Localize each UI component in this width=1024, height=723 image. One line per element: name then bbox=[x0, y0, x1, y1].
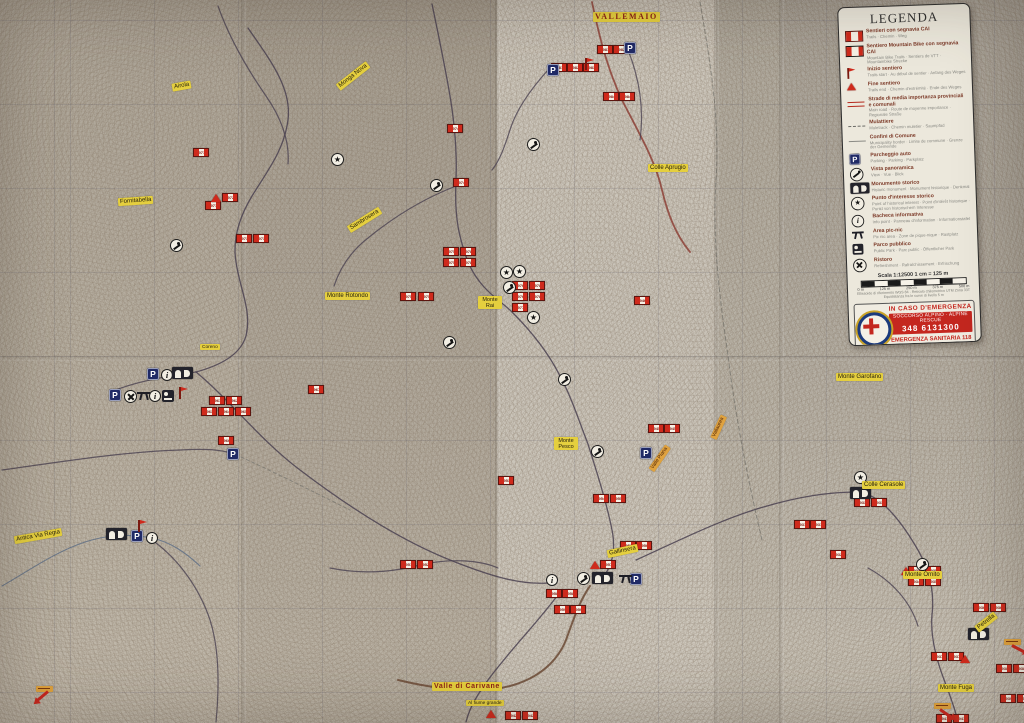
viewpoint-icon bbox=[170, 239, 183, 252]
legend-entry-text: Parco pubblicoPublic Park · Parc public … bbox=[873, 240, 972, 254]
cai-blaze-marker: 978 bbox=[460, 258, 476, 267]
viewpoint-icon bbox=[591, 445, 604, 458]
legend-list: Sentieri con segnavia CAITrails · Chemin… bbox=[844, 26, 973, 271]
historic-poi-star-icon: ★ bbox=[331, 153, 344, 166]
cai-blaze-marker: 971 bbox=[193, 148, 209, 157]
parking-icon: P bbox=[109, 389, 121, 401]
cai-blaze-marker: 942 bbox=[505, 711, 521, 720]
trail-path bbox=[152, 540, 218, 722]
legend-entry: Area pic-nicPic nic area · Zone de pique… bbox=[851, 226, 972, 242]
map-label: Valle di Carivane bbox=[432, 682, 502, 691]
trail-start-flag-icon bbox=[178, 387, 188, 399]
legend-entry: PParcheggio autoParking · Parking · Park… bbox=[848, 150, 969, 166]
cai-blaze-marker: 977 bbox=[512, 303, 528, 312]
muletrack-path bbox=[230, 452, 350, 510]
legend-entry-text: Confini di ComuneMunicipality border · L… bbox=[870, 132, 969, 151]
cai-blaze-marker: 975 bbox=[443, 247, 459, 256]
triangle-legend-icon bbox=[846, 82, 868, 95]
legend-entry: Inizio sentieroTrails start · Au début d… bbox=[845, 64, 966, 80]
info-point-icon: i bbox=[149, 390, 161, 402]
border-legend-icon bbox=[848, 135, 870, 148]
historic-poi-star-icon: ★ bbox=[513, 265, 526, 278]
rescue-phone: 348 6131300 bbox=[889, 322, 972, 334]
cai-blaze-marker: 951 bbox=[400, 560, 416, 569]
legend-entry: Confini di ComuneMunicipality border · L… bbox=[848, 132, 969, 151]
cai-blaze-marker: 974 bbox=[453, 178, 469, 187]
cai-blaze-marker: 942 bbox=[522, 711, 538, 720]
legend-entry: iBacheca informativaInfo point · Panneau… bbox=[850, 211, 971, 227]
info-point-icon: i bbox=[546, 574, 558, 586]
legend-entry-text: Bacheca informativaInfo point · Panneau … bbox=[872, 211, 971, 225]
fountain-legend-icon bbox=[851, 244, 873, 257]
cai-blaze-marker: 953 bbox=[498, 476, 514, 485]
legend-entry-text: RistoroRefreshment · Rafraîchissement · … bbox=[874, 255, 973, 269]
legend-entry: Parco pubblicoPublic Park · Parc public … bbox=[851, 240, 972, 256]
cai-blaze-marker: 932 bbox=[830, 550, 846, 559]
legend-title: LEGENDA bbox=[843, 8, 964, 28]
picnic-legend-icon bbox=[851, 229, 873, 242]
trail-path bbox=[218, 6, 288, 164]
legend-entry-text: Sentiero Mountain Bike con segnavia CAIM… bbox=[866, 41, 966, 66]
cai-blaze-marker: 933 bbox=[854, 498, 870, 507]
cai-blaze-marker: 958 bbox=[546, 589, 562, 598]
monument-icon bbox=[106, 528, 127, 540]
star-legend-icon: ★ bbox=[850, 197, 872, 210]
info-legend-icon: i bbox=[850, 215, 872, 228]
cai-blaze-marker: 966 bbox=[218, 436, 234, 445]
legend-entry-text: Monumento storicoHistoric monument · Mon… bbox=[871, 179, 970, 193]
map-label: Monte Pesco bbox=[554, 437, 578, 450]
blaze-mtb-legend-icon bbox=[844, 44, 866, 57]
viewpoint-icon bbox=[443, 336, 456, 349]
cai-blaze-marker: 945 bbox=[648, 424, 664, 433]
viewpoint-icon bbox=[503, 281, 516, 294]
trail-end-triangle-icon bbox=[486, 710, 496, 718]
ristoro-legend-icon bbox=[852, 258, 874, 271]
map-label: Coreno bbox=[200, 344, 220, 350]
legend-entry-text: Strade di media importanza provinciali e… bbox=[868, 93, 968, 118]
legend-entry-text: Inizio sentieroTrails start · Au début d… bbox=[867, 64, 966, 78]
cai-blaze-marker: 972 bbox=[222, 193, 238, 202]
trail-path bbox=[196, 372, 548, 583]
cai-blaze-marker: 931 bbox=[794, 520, 810, 529]
legend-entry: MulattiereMuletrack · Chemin muletier · … bbox=[847, 117, 968, 133]
cai-blaze-marker: 937 bbox=[931, 652, 947, 661]
trail-end-triangle-icon bbox=[590, 561, 600, 569]
cai-blaze-marker: 945 bbox=[664, 424, 680, 433]
legend-card: LEGENDA Sentieri con segnavia CAITrails … bbox=[837, 3, 982, 346]
emergency-box: Servizio Regionale Lazio IN CASO D'EMERG… bbox=[853, 300, 976, 347]
cai-blaze-marker: 971 bbox=[205, 201, 221, 210]
cai-blaze-marker: 973 bbox=[236, 234, 252, 243]
cai-blaze-marker: 982 bbox=[567, 63, 583, 72]
parking-icon: P bbox=[227, 448, 239, 460]
monument-icon bbox=[592, 572, 613, 584]
legend-entry: Vista panoramicaView · Vue · Blick bbox=[849, 164, 970, 180]
blaze-legend-icon bbox=[844, 29, 866, 42]
trail-start-flag-icon bbox=[137, 520, 147, 532]
trail-end-triangle-icon bbox=[960, 655, 970, 663]
trail-path bbox=[334, 186, 456, 286]
viewpoint-icon bbox=[430, 179, 443, 192]
refreshment-icon bbox=[124, 390, 137, 403]
road-path bbox=[398, 586, 590, 690]
viewpoint-icon bbox=[577, 572, 590, 585]
viewpoint-icon bbox=[527, 138, 540, 151]
cai-blaze-marker: 984 bbox=[603, 92, 619, 101]
cai-blaze-marker: 939 bbox=[1000, 694, 1016, 703]
public-park-icon bbox=[162, 390, 174, 402]
map-label: Monte Ornito bbox=[903, 571, 942, 579]
stream-path bbox=[2, 535, 200, 586]
cai-blaze-marker: 962 bbox=[226, 396, 242, 405]
map-label: VALLEMAIO bbox=[593, 12, 660, 22]
cai-blaze-marker: 936 bbox=[973, 603, 989, 612]
parking-icon: P bbox=[547, 64, 559, 76]
trail-start-flag-icon bbox=[584, 58, 594, 70]
cai-blaze-marker: 978 bbox=[529, 281, 545, 290]
cai-blaze-marker: 954 bbox=[593, 494, 609, 503]
cai-blaze-marker: 952 bbox=[417, 560, 433, 569]
legend-entry-text: Parcheggio autoParking · Parking · Parkp… bbox=[870, 150, 969, 164]
legend-entry: ★Punto d'interesse storicoPoint of histo… bbox=[850, 193, 971, 212]
cai-blaze-marker: 964 bbox=[218, 407, 234, 416]
legend-entry: Strade di media importanza provinciali e… bbox=[846, 93, 968, 118]
flag-legend-icon bbox=[845, 68, 867, 81]
cai-blaze-marker: 959 bbox=[554, 605, 570, 614]
cai-blaze-marker: 963 bbox=[201, 407, 217, 416]
cai-blaze-marker: 974 bbox=[447, 124, 463, 133]
health-emergency-label: EMERGENZA SANITARIA 118 bbox=[890, 335, 973, 344]
cai-blaze-marker: 939 bbox=[1017, 694, 1024, 703]
map-label: Monte Fuga bbox=[938, 684, 974, 692]
rescue-band: SOCCORSO ALPINO · ALPINE RESCUE 348 6131… bbox=[889, 311, 973, 335]
cai-blaze-marker: 961 bbox=[209, 396, 225, 405]
cai-blaze-marker: 976 bbox=[512, 292, 528, 301]
cai-blaze-marker: 978 bbox=[460, 247, 476, 256]
legend-entry-text: Fine sentieroTrails end · Chemin d'extré… bbox=[868, 79, 967, 93]
map-label: Al fiume grande bbox=[466, 700, 504, 706]
trail-path bbox=[196, 28, 288, 372]
trail-end-triangle-icon bbox=[211, 194, 221, 202]
parking-icon: P bbox=[640, 447, 652, 459]
legend-entry-text: MulattiereMuletrack · Chemin muletier · … bbox=[869, 117, 968, 131]
cai-blaze-marker: 958 bbox=[562, 589, 578, 598]
viewpoint-icon bbox=[916, 558, 929, 571]
cai-blaze-marker: 931 bbox=[810, 520, 826, 529]
parking-legend-icon: P bbox=[848, 153, 870, 166]
map-label: Colle Aprugio bbox=[648, 164, 688, 172]
route-tag-chip bbox=[934, 703, 951, 709]
map-label: Monte Rotondo bbox=[325, 292, 370, 300]
cai-blaze-marker: 984 bbox=[619, 92, 635, 101]
cai-blaze-marker: 946 bbox=[634, 296, 650, 305]
cai-blaze-marker: 933 bbox=[871, 498, 887, 507]
legend-entry-text: Punto d'interesse storicoPoint of histor… bbox=[872, 193, 971, 212]
map-label: Colle Cerasole bbox=[862, 481, 905, 489]
historic-poi-star-icon: ★ bbox=[527, 311, 540, 324]
map-photo: 9719719729739739749749759789759789769789… bbox=[0, 0, 1024, 723]
cai-blaze-marker: 967 bbox=[308, 385, 324, 394]
trail-path bbox=[432, 4, 614, 576]
legend-entry-text: Area pic-nicPic nic area · Zone de pique… bbox=[873, 226, 972, 240]
cai-blaze-marker: 975 bbox=[418, 292, 434, 301]
picnic-area-icon bbox=[619, 573, 632, 583]
cai-blaze-marker: 959 bbox=[570, 605, 586, 614]
parking-icon: P bbox=[624, 42, 636, 54]
scale-box: Scala 1:12500 1 cm = 125 m 0 m125 m250 m… bbox=[852, 269, 974, 300]
trail-path bbox=[2, 449, 227, 470]
municipality-border bbox=[700, 2, 762, 540]
trail-path bbox=[492, 70, 548, 170]
historic-poi-star-icon: ★ bbox=[500, 266, 513, 279]
legend-entry-text: Sentieri con segnavia CAITrails · Chemin… bbox=[866, 26, 965, 40]
legend-entry: Sentiero Mountain Bike con segnavia CAIM… bbox=[844, 41, 966, 66]
vista-legend-icon bbox=[849, 168, 871, 181]
cai-blaze-marker: 938 bbox=[996, 664, 1012, 673]
cai-blaze-marker: 975 bbox=[443, 258, 459, 267]
cai-blaze-marker: 956 bbox=[636, 541, 652, 550]
picnic-area-icon bbox=[137, 390, 150, 400]
road-legend-icon bbox=[846, 97, 868, 110]
monument-icon bbox=[850, 487, 871, 499]
legend-entry: RistoroRefreshment · Rafraîchissement · … bbox=[852, 255, 973, 271]
cai-blaze-marker: 981 bbox=[597, 45, 613, 54]
dashed-legend-icon bbox=[847, 121, 869, 134]
monument-legend-icon bbox=[849, 182, 871, 195]
legend-entry-text: Vista panoramicaView · Vue · Blick bbox=[871, 164, 970, 178]
map-label: Monte Rai bbox=[478, 296, 502, 309]
cai-blaze-marker: 957 bbox=[600, 560, 616, 569]
cai-blaze-marker: 978 bbox=[529, 292, 545, 301]
alpine-rescue-badge-icon bbox=[857, 311, 892, 346]
parking-icon: P bbox=[147, 368, 159, 380]
cai-blaze-marker: 973 bbox=[253, 234, 269, 243]
cai-blaze-marker: 965 bbox=[235, 407, 251, 416]
map-label: Monte Garofano bbox=[836, 373, 883, 381]
cai-blaze-marker: 955 bbox=[610, 494, 626, 503]
legend-entry: Monumento storicoHistoric monument · Mon… bbox=[849, 179, 970, 195]
cai-blaze-marker: 938 bbox=[1013, 664, 1024, 673]
monument-icon bbox=[172, 367, 193, 379]
viewpoint-icon bbox=[558, 373, 571, 386]
info-point-icon: i bbox=[146, 532, 158, 544]
cai-blaze-marker: 975 bbox=[400, 292, 416, 301]
